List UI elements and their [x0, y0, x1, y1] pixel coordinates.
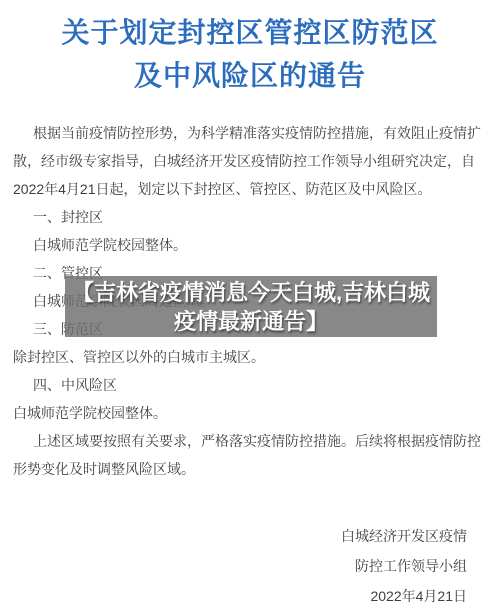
watermark-line1: 【吉林省疫情消息今天白城,吉林白城	[65, 278, 437, 307]
closing-paragraph: 上述区域要按照有关要求，严格落实疫情防控措施。后续将根据疫情防控形势变化及时调整…	[13, 427, 487, 483]
notice-title: 关于划定封控区管控区防范区 及中风险区的通告	[0, 0, 500, 98]
intro-paragraph: 根据当前疫情防控形势，为科学精准落实疫情防控措施，有效阻止疫情扩散，经市级专家指…	[13, 119, 487, 203]
section-body-fangfan: 除封控区、管控区以外的白城市主城区。	[13, 343, 487, 371]
notice-title-line1: 关于划定封控区管控区防范区	[0, 12, 500, 55]
watermark-line2: 疫情最新通告】	[65, 307, 437, 336]
watermark-overlay: 【吉林省疫情消息今天白城,吉林白城 疫情最新通告】	[65, 276, 437, 337]
signature-org-line2: 防控工作领导小组	[13, 551, 467, 581]
notice-page: 关于划定封控区管控区防范区 及中风险区的通告 根据当前疫情防控形势，为科学精准落…	[0, 0, 500, 612]
notice-body: 根据当前疫情防控形势，为科学精准落实疫情防控措施，有效阻止疫情扩散，经市级专家指…	[0, 119, 500, 611]
signature-org-line1: 白城经济开发区疫情	[13, 521, 467, 551]
notice-title-line2: 及中风险区的通告	[0, 55, 500, 98]
section-body-zhongfengxian: 白城师范学院校园整体。	[13, 399, 487, 427]
section-heading-zhongfengxian: 四、中风险区	[13, 371, 487, 399]
signature-block: 白城经济开发区疫情 防控工作领导小组 2022年4月21日	[13, 521, 487, 611]
section-body-fengkong: 白城师范学院校园整体。	[13, 231, 487, 259]
section-heading-fengkong: 一、封控区	[13, 203, 487, 231]
signature-date: 2022年4月21日	[13, 581, 467, 611]
